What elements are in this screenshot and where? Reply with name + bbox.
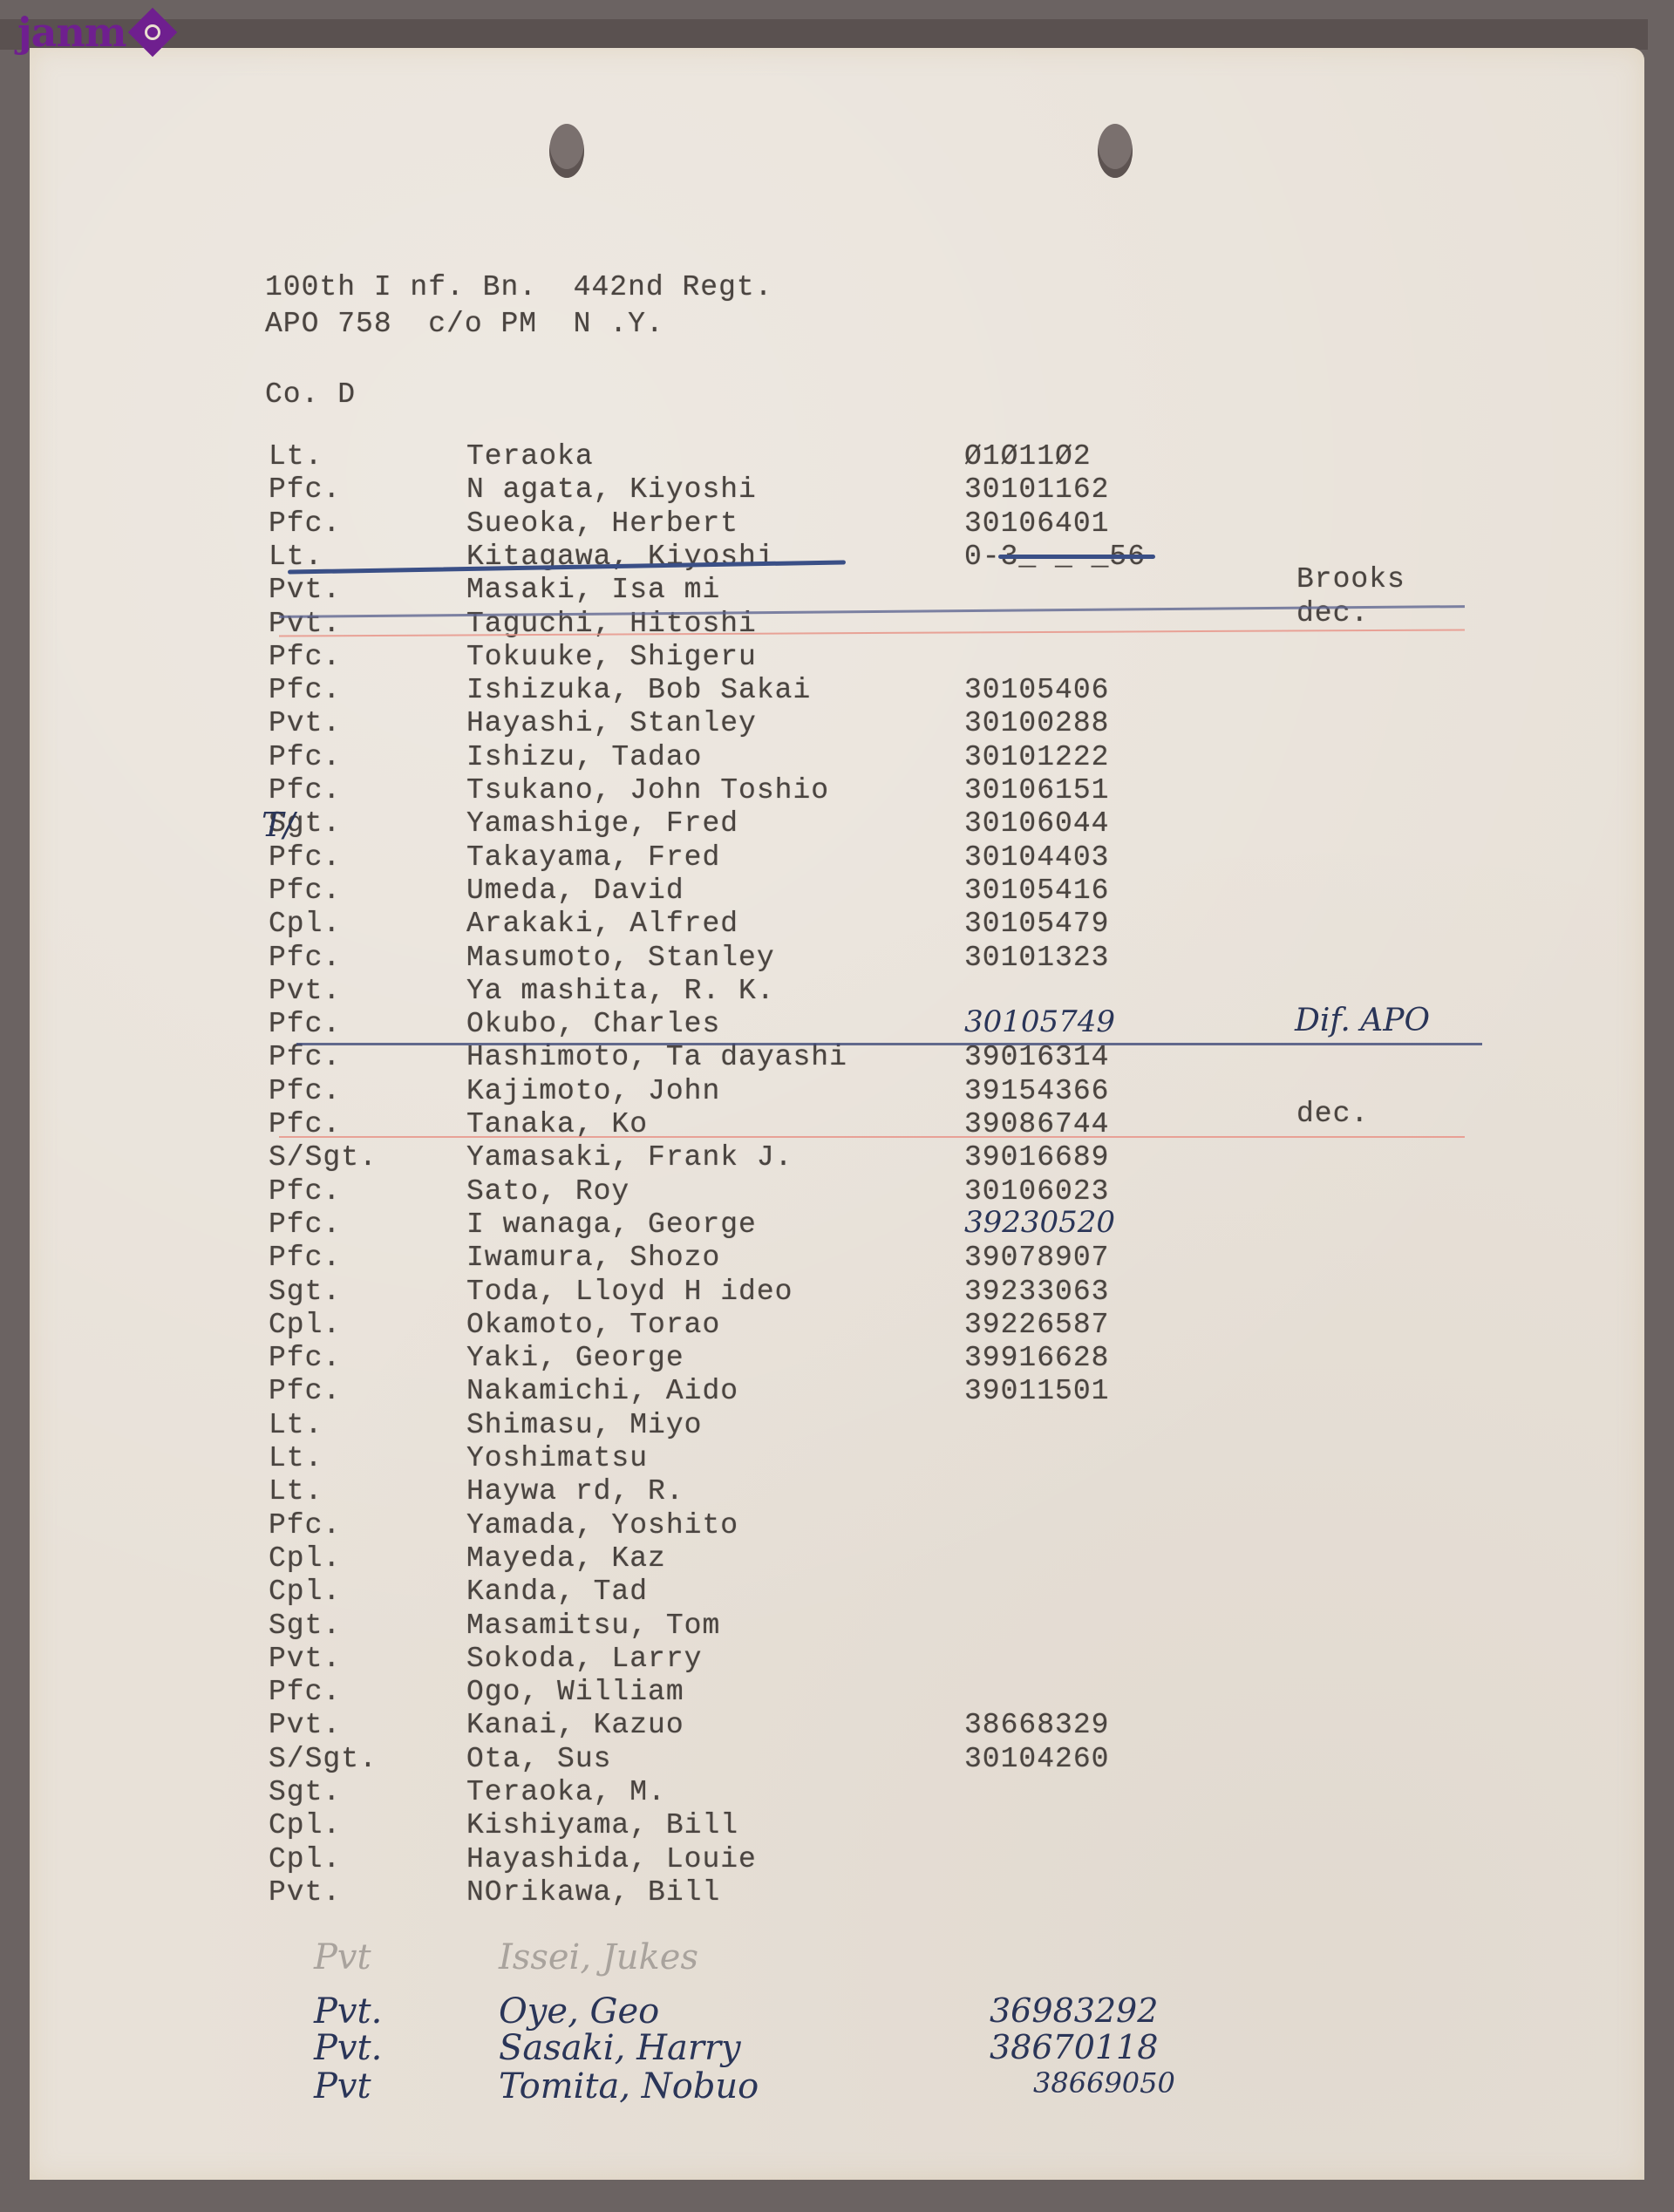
note: dec. [1296, 599, 1369, 628]
ink-line-okubo [296, 1043, 1482, 1045]
serial-number: 30106401 [964, 509, 1109, 538]
rank: Sgt. [269, 1778, 341, 1807]
name: Tanaka, Ko [466, 1110, 648, 1139]
name: Kanda, Tad [466, 1577, 648, 1606]
rank: Pfc. [269, 1077, 341, 1106]
rank: Lt. [269, 1444, 323, 1473]
unit-header-line1: 100th I nf. Bn. 442nd Regt. [265, 273, 773, 302]
serial-number: 39226587 [964, 1310, 1109, 1339]
note: Dif. APO [1295, 1003, 1430, 1038]
handwritten-serial: 38669050 [1033, 2066, 1175, 2100]
serial-number: 30106151 [964, 776, 1109, 805]
roster-row: Pfc.Ishizuka, Bob Sakai30105406 [0, 676, 1674, 709]
note: Brooks [1296, 565, 1405, 594]
handwritten-serial: 36983292 [990, 1991, 1158, 2030]
handwritten-serial: 38670118 [990, 2028, 1158, 2066]
rank: Cpl. [269, 1811, 341, 1840]
name: Yamashige, Fred [466, 809, 738, 838]
handwritten-name: Issei, Jukes [499, 1937, 698, 1977]
name: Teraoka [466, 442, 594, 471]
name: NOrikawa, Bill [466, 1878, 720, 1907]
name: Hayashi, Stanley [466, 709, 757, 738]
roster-row: Lt.Yoshimatsu [0, 1444, 1674, 1477]
serial-number: 30104403 [964, 843, 1109, 872]
serial-number: 30104260 [964, 1745, 1109, 1773]
rank: Pvt. [269, 1878, 341, 1907]
handwritten-rank: Pvt. [314, 1991, 382, 2032]
rank: Pvt. [269, 1644, 341, 1673]
roster-row: Cpl.Okamoto, Torao39226587 [0, 1310, 1674, 1344]
serial-number: 39016314 [964, 1043, 1109, 1072]
handwritten-name: Oye, Geo [499, 1991, 659, 2032]
roster-row: Lt.TeraokaØ1Ø11Ø2 [0, 442, 1674, 475]
name: Ogo, William [466, 1678, 684, 1706]
name: Teraoka, M. [466, 1778, 666, 1807]
roster-row: Pfc.I wanaga, George39230520 [0, 1210, 1674, 1243]
name: Ishizuka, Bob Sakai [466, 676, 811, 704]
roster-row: Cpl.Kishiyama, Bill [0, 1811, 1674, 1844]
serial-number: 30101222 [964, 743, 1109, 772]
rank: Pfc. [269, 776, 341, 805]
roster-row: Cpl.Kanda, Tad [0, 1577, 1674, 1610]
serial-number: 39011501 [964, 1377, 1109, 1405]
roster-row: Cpl.Mayeda, Kaz [0, 1544, 1674, 1577]
rank: Cpl. [269, 1310, 341, 1339]
rank: Pfc. [269, 743, 341, 772]
rank: Pvt. [269, 977, 341, 1005]
name: Arakaki, Alfred [466, 909, 738, 938]
roster-row: Pfc.Takayama, Fred30104403 [0, 843, 1674, 876]
name: Hashimoto, Ta dayashi [466, 1043, 847, 1072]
rank: Pfc. [269, 1177, 341, 1206]
roster-row: Pfc.Tsukano, John Toshio30106151 [0, 776, 1674, 809]
name: Okamoto, Torao [466, 1310, 720, 1339]
name: Kishiyama, Bill [466, 1811, 738, 1840]
rank: S/Sgt. [269, 1745, 378, 1773]
rank: Pfc. [269, 1110, 341, 1139]
rank: Sgt. [269, 1277, 341, 1306]
serial-number: 30100288 [964, 709, 1109, 738]
rank: Cpl. [269, 909, 341, 938]
serial-number: 39233063 [964, 1277, 1109, 1306]
handwritten-rank: Pvt [314, 2066, 371, 2107]
roster-row: Sgt.Teraoka, M. [0, 1778, 1674, 1811]
name: Shimasu, Miyo [466, 1411, 702, 1440]
rank: Pvt. [269, 609, 341, 638]
roster-row: Pfc.N agata, Kiyoshi30101162 [0, 475, 1674, 508]
rank: Pfc. [269, 1678, 341, 1706]
rank: Pfc. [269, 1243, 341, 1272]
name: I wanaga, George [466, 1210, 757, 1239]
roster-row: Pvt.Masaki, Isa miBrooks [0, 575, 1674, 609]
name: Umeda, David [466, 876, 684, 905]
name: Haywa rd, R. [466, 1477, 684, 1506]
serial-number: 30101323 [964, 943, 1109, 972]
rank: Cpl. [269, 1544, 341, 1573]
rank: Pfc. [269, 509, 341, 538]
logo-text: janm [17, 12, 126, 52]
roster-row: Pfc.Yaki, George39916628 [0, 1344, 1674, 1377]
serial-number: 39086744 [964, 1110, 1109, 1139]
janm-logo: janm [17, 12, 170, 52]
name: Yamada, Yoshito [466, 1511, 738, 1540]
roster-row: Sgt.T/Yamashige, Fred30106044 [0, 809, 1674, 842]
strike-through-kitagawa-serial [998, 555, 1155, 559]
roster-row: Pvt.NOrikawa, Bill [0, 1878, 1674, 1911]
rank: Pfc. [269, 1377, 341, 1405]
serial-number: 39916628 [964, 1344, 1109, 1372]
name: Masumoto, Stanley [466, 943, 775, 972]
rank: Pfc. [269, 1210, 341, 1239]
rank: Pvt. [269, 575, 341, 604]
serial-number: 30105479 [964, 909, 1109, 938]
roster-row: Pfc.Nakamichi, Aido39011501 [0, 1377, 1674, 1410]
name: Hayashida, Louie [466, 1845, 757, 1874]
roster-row: Pvt.Hayashi, Stanley30100288 [0, 709, 1674, 742]
rank: Pfc. [269, 943, 341, 972]
roster-row: Pfc.Sueoka, Herbert30106401 [0, 509, 1674, 542]
roster-row: Pfc.Yamada, Yoshito [0, 1511, 1674, 1544]
rank: Pfc. [269, 1344, 341, 1372]
name: Yoshimatsu [466, 1444, 648, 1473]
roster-row: Pfc.Ishizu, Tadao30101222 [0, 743, 1674, 776]
page-shadow [0, 19, 1648, 50]
name: Okubo, Charles [466, 1010, 720, 1038]
name: Mayeda, Kaz [466, 1544, 666, 1573]
diamond-crest-icon [127, 8, 177, 58]
roster-row: Pfc.Iwamura, Shozo39078907 [0, 1243, 1674, 1276]
note: dec. [1296, 1099, 1369, 1128]
name: Sokoda, Larry [466, 1644, 702, 1673]
serial-number: 30106023 [964, 1177, 1109, 1206]
rank: Pvt. [269, 1711, 341, 1739]
serial-number: 39230520 [964, 1205, 1115, 1240]
roster-row: Pvt.Sokoda, Larry [0, 1644, 1674, 1678]
rank: Pvt. [269, 709, 341, 738]
rank: Sgt. [269, 1611, 341, 1640]
roster-row: Sgt.Toda, Lloyd H ideo39233063 [0, 1277, 1674, 1310]
name: Ota, Sus [466, 1745, 611, 1773]
serial-number: 30105749 [964, 1004, 1115, 1039]
rank: Lt. [269, 542, 323, 571]
name: Sueoka, Herbert [466, 509, 738, 538]
name: Sato, Roy [466, 1177, 629, 1206]
handwritten-name: Tomita, Nobuo [499, 2066, 759, 2107]
roster-row: Pfc.Umeda, David30105416 [0, 876, 1674, 909]
handwritten-rank: Pvt. [314, 2028, 382, 2068]
roster-row: Pfc.Ogo, William [0, 1678, 1674, 1711]
rank: Pfc. [269, 1043, 341, 1072]
rank: Lt. [269, 1477, 323, 1506]
name: Nakamichi, Aido [466, 1377, 738, 1405]
rank: Cpl. [269, 1845, 341, 1874]
rank: S/Sgt. [269, 1143, 378, 1172]
roster-row: Pfc.Sato, Roy30106023 [0, 1177, 1674, 1210]
rank: Lt. [269, 442, 323, 471]
name: Yamasaki, Frank J. [466, 1143, 793, 1172]
roster-row: Pvt.Kanai, Kazuo38668329 [0, 1711, 1674, 1744]
roster-row: Cpl.Hayashida, Louie [0, 1845, 1674, 1878]
rank: Lt. [269, 1411, 323, 1440]
punch-hole-left [549, 124, 584, 178]
rank: Pfc. [269, 676, 341, 704]
name: Kajimoto, John [466, 1077, 720, 1106]
name: Masaki, Isa mi [466, 575, 720, 604]
serial-number: 38668329 [964, 1711, 1109, 1739]
red-line-tanaka [279, 1136, 1465, 1138]
company-label: Co. D [265, 380, 356, 409]
serial-number: 39016689 [964, 1143, 1109, 1172]
handwritten-rank: Pvt [314, 1937, 371, 1977]
rank: Pfc. [269, 643, 341, 671]
roster-row: Pvt.Taguchi, Hitoshidec. [0, 609, 1674, 643]
roster-row: S/Sgt.Yamasaki, Frank J.39016689 [0, 1143, 1674, 1176]
roster-row: Lt.Shimasu, Miyo [0, 1411, 1674, 1444]
name: N agata, Kiyoshi [466, 475, 757, 504]
serial-number: Ø1Ø11Ø2 [964, 442, 1092, 471]
name: Masamitsu, Tom [466, 1611, 720, 1640]
name: Yaki, George [466, 1344, 684, 1372]
serial-number: 30105406 [964, 676, 1109, 704]
roster-row: Lt.Haywa rd, R. [0, 1477, 1674, 1510]
unit-header-line2: APO 758 c/o PM N .Y. [265, 310, 664, 338]
roster-row: Pfc.Tokuuke, Shigeru [0, 643, 1674, 676]
roster-row: Pfc.Okubo, Charles30105749Dif. APO [0, 1010, 1674, 1043]
roster-row: Pfc.Kajimoto, John39154366 [0, 1077, 1674, 1110]
name: Tsukano, John Toshio [466, 776, 829, 805]
serial-number: 39078907 [964, 1243, 1109, 1272]
serial-number: 30101162 [964, 475, 1109, 504]
roster-row: Cpl.Arakaki, Alfred30105479 [0, 909, 1674, 943]
handwritten-name: Sasaki, Harry [499, 2028, 741, 2068]
roster-row: Lt.Kitagawa, Kiyoshi0-3_ _ _56 [0, 542, 1674, 575]
rank: Pfc. [269, 843, 341, 872]
rank: Pfc. [269, 475, 341, 504]
name: Takayama, Fred [466, 843, 720, 872]
punch-hole-right [1098, 124, 1133, 178]
roster-row: Sgt.Masamitsu, Tom [0, 1611, 1674, 1644]
rank: Cpl. [269, 1577, 341, 1606]
rank: Pfc. [269, 1010, 341, 1038]
serial-number: 30106044 [964, 809, 1109, 838]
name: Tokuuke, Shigeru [466, 643, 757, 671]
name: Kanai, Kazuo [466, 1711, 684, 1739]
roster-row: Pfc.Hashimoto, Ta dayashi39016314 [0, 1043, 1674, 1076]
name: Toda, Lloyd H ideo [466, 1277, 793, 1306]
roster-row: Pfc.Tanaka, Ko39086744dec. [0, 1110, 1674, 1143]
rank-prefix-handwritten: T/ [262, 806, 295, 844]
rank: Pfc. [269, 1511, 341, 1540]
name: Ya mashita, R. K. [466, 977, 775, 1005]
rank: Pfc. [269, 876, 341, 905]
name: Iwamura, Shozo [466, 1243, 720, 1272]
roster-row: Pfc.Masumoto, Stanley30101323 [0, 943, 1674, 977]
name: Ishizu, Tadao [466, 743, 702, 772]
serial-number: 30105416 [964, 876, 1109, 905]
roster-row: S/Sgt.Ota, Sus30104260 [0, 1745, 1674, 1778]
serial-number: 39154366 [964, 1077, 1109, 1106]
